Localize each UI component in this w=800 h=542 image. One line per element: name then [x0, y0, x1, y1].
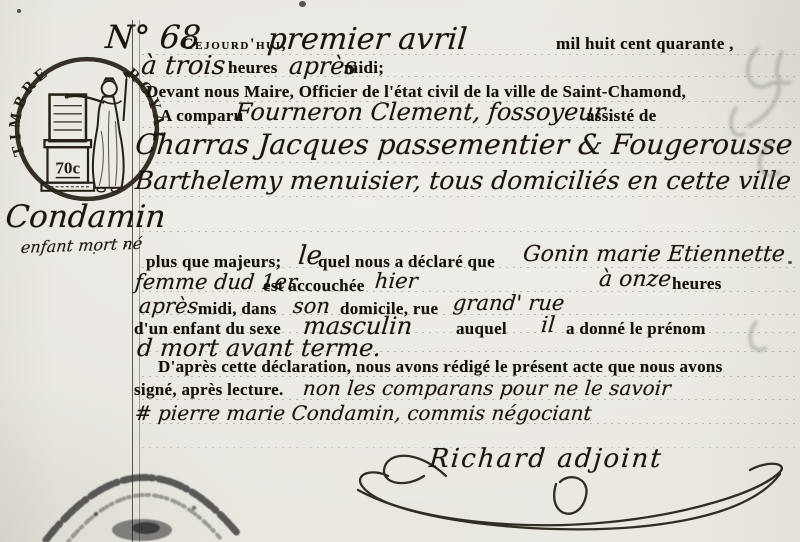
ink-stamp-partial [34, 456, 252, 542]
paper-speck [17, 9, 21, 13]
printed-text: midi; [344, 58, 384, 78]
handwritten-text: hier [374, 269, 419, 293]
handwritten-text: grand' rue [452, 291, 566, 315]
printed-text: midi, dans [198, 299, 277, 319]
paper-speck [124, 244, 127, 247]
printed-text: est accouchée [263, 276, 365, 296]
handwritten-text: après [138, 294, 199, 318]
handwritten-text: il [540, 313, 556, 338]
printed-text: a donné le prénom [566, 319, 706, 339]
printed-text: plus que majeurs; [146, 252, 281, 272]
stamp-value: 70c [55, 159, 80, 178]
printed-text: A comparu [160, 106, 243, 126]
printed-text: auquel [456, 319, 507, 339]
printed-text: signé, après lecture. [134, 380, 284, 400]
stamp-pedestal: 70c [41, 140, 94, 191]
bleed-through-marks [686, 22, 798, 422]
handwritten-text: Fourneron Clement, fossoyeur [234, 98, 607, 126]
handwritten-text: à onze [598, 267, 672, 292]
paper-speck [788, 261, 792, 264]
printed-text: D'après cette déclaration, nous avons ré… [158, 357, 723, 377]
register-page: N° 68 TIMBRE ROYAL. 70c [0, 0, 800, 542]
stamp-arc-left-text: TIMBRE [8, 62, 54, 159]
handwritten-text: à trois [140, 51, 227, 81]
margin-name: Condamin [4, 199, 167, 235]
stamp-tablet [50, 95, 86, 142]
printed-text: heures [228, 58, 278, 78]
signature: Richard adjoint [428, 444, 664, 474]
paper-speck [93, 252, 95, 254]
handwritten-text: non les comparans pour ne le savoir [302, 376, 672, 400]
paper-speck [299, 1, 306, 7]
printed-text: assisté de [586, 106, 657, 126]
handwritten-text: # pierre marie Condamin, commis négocian… [134, 401, 593, 425]
